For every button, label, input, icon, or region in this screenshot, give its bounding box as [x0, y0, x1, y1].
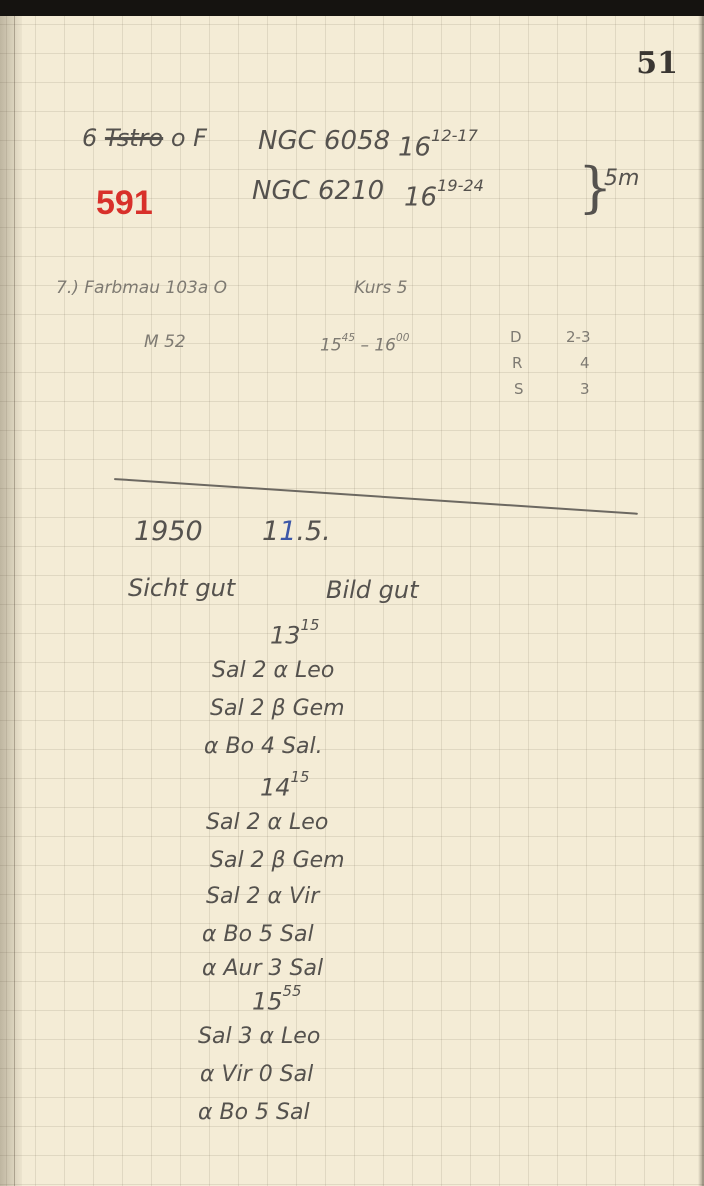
time-start-hour: 15	[320, 335, 342, 355]
entry-7-time: 1545 – 1600	[320, 332, 409, 355]
rating-r-key: R	[512, 354, 522, 372]
time-end-hour: 16	[374, 335, 396, 355]
time-minutes: 55	[283, 982, 302, 1000]
block-2-time: 1415	[260, 768, 309, 801]
page-gutter-shadow	[0, 16, 22, 1186]
time-start-minutes: 45	[342, 332, 355, 344]
time-dash: –	[355, 335, 374, 355]
observation-row: Sal 2 α Vir	[206, 884, 319, 909]
time-hour: 13	[270, 621, 301, 649]
entry-year: 1950	[134, 516, 203, 547]
image-conditions: Bild gut	[326, 576, 419, 604]
time-ngc6210: 1619-24	[404, 176, 484, 213]
time-minutes: 19-24	[437, 176, 484, 195]
rating-s-value: 3	[580, 380, 590, 398]
object-name: NGC 6210	[252, 176, 384, 206]
rating-d-key: D	[510, 328, 522, 346]
date-suffix: .5.	[296, 516, 330, 547]
entry-7-filter: Kurs 5	[354, 278, 408, 298]
entry-7-object: M 52	[144, 332, 186, 352]
observation-row: α Bo 5 Sal	[198, 1100, 310, 1125]
rating-d-value: 2-3	[566, 328, 591, 346]
observation-row: α Bo 5 Sal	[202, 922, 314, 947]
struck-word: Tstro	[105, 124, 163, 152]
seeing-conditions: Sicht gut	[128, 574, 235, 602]
time-hour: 16	[404, 183, 437, 213]
entry-6-label: 6 Tstro o F	[82, 124, 207, 152]
date-prefix: 1	[262, 516, 279, 547]
observation-row: Sal 3 α Leo	[198, 1024, 320, 1049]
time-hour: 15	[252, 987, 283, 1015]
observation-row: Sal 2 β Gem	[210, 848, 345, 873]
observation-row: α Bo 4 Sal.	[204, 734, 323, 759]
time-minutes: 15	[291, 768, 310, 786]
gutter-line	[14, 16, 15, 1186]
observation-row: Sal 2 β Gem	[210, 696, 345, 721]
entry-7-header: 7.) Farbmau 103a O	[56, 278, 227, 298]
block-3-time: 1555	[252, 982, 301, 1015]
object-ngc6210: NGC 6210	[252, 176, 384, 206]
time-end-minutes: 00	[396, 332, 409, 344]
observation-row: Sal 2 α Leo	[206, 810, 328, 835]
time-ngc6058: 1612-17	[398, 126, 478, 163]
observation-row: α Aur 3 Sal	[202, 956, 323, 981]
exposure-note: 5m	[604, 166, 639, 191]
entry-6-suffix: o F	[163, 124, 207, 152]
entry-6-number: 6	[82, 124, 105, 152]
observation-row: Sal 2 α Leo	[212, 658, 334, 683]
red-plate-number: 591	[96, 184, 153, 223]
notebook-page: 51 6 Tstro o F NGC 6058 1612-17 NGC 6210…	[0, 16, 704, 1186]
time-hour: 14	[260, 773, 291, 801]
object-ngc6058: NGC 6058	[258, 126, 390, 156]
observation-row: α Vir 0 Sal	[200, 1062, 313, 1087]
time-minutes: 12-17	[431, 126, 478, 145]
entry-date: 11.5.	[262, 516, 331, 547]
rating-r-value: 4	[580, 354, 590, 372]
section-divider	[114, 478, 638, 515]
page-right-edge	[698, 16, 704, 1186]
object-name: NGC 6058	[258, 126, 390, 156]
time-minutes: 15	[301, 616, 320, 634]
date-corrected-digit: 1	[279, 516, 296, 547]
rating-s-key: S	[514, 380, 524, 398]
time-hour: 16	[398, 133, 431, 163]
block-1-time: 1315	[270, 616, 319, 649]
page-number: 51	[636, 46, 678, 81]
